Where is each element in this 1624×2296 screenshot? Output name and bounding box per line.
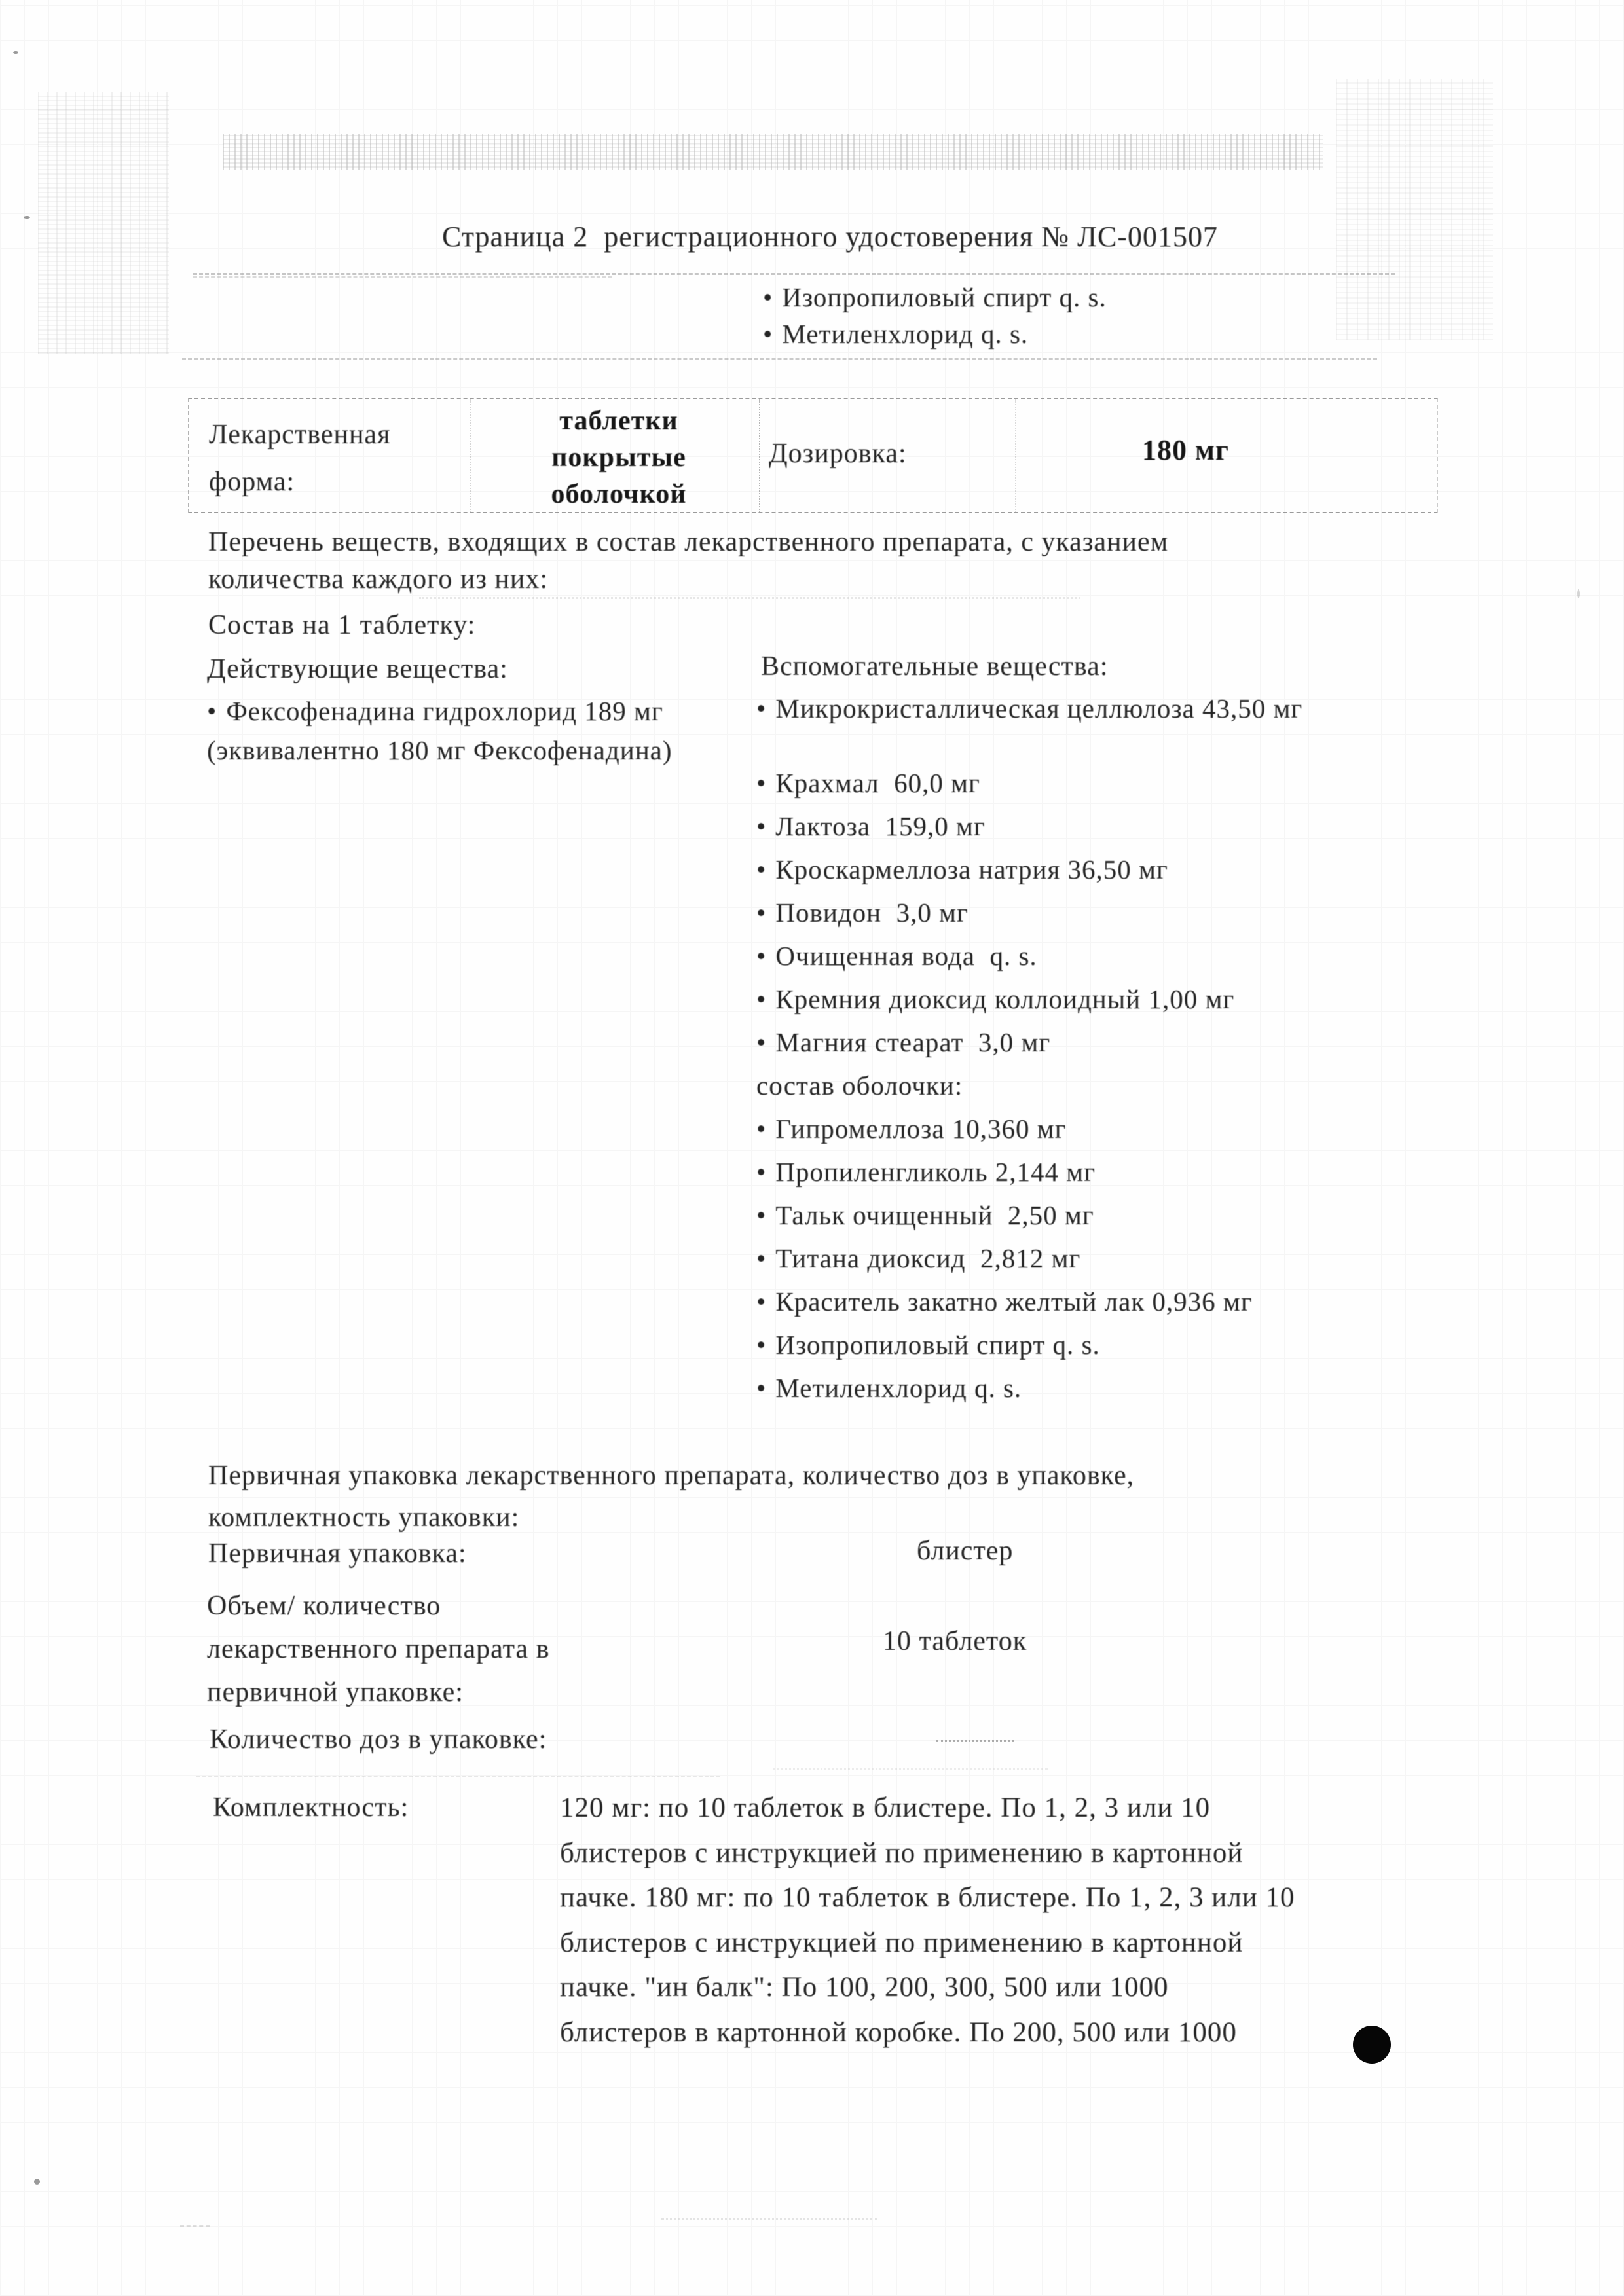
page-title: Страница 2 регистрационного удостоверени… <box>442 220 1218 255</box>
list-item-text: Метиленхлорид q. s. <box>782 319 1028 349</box>
text-line: лекарственного препарата в <box>207 1628 550 1671</box>
bullet-icon: • <box>756 811 766 843</box>
list-item-text: Лактоза 159,0 мг <box>775 811 985 841</box>
per-tablet-heading: Состав на 1 таблетку: <box>208 609 475 642</box>
table-column-divider <box>1015 399 1016 512</box>
scan-speck <box>24 216 30 219</box>
list-item-text: Повидон 3,0 мг <box>775 898 968 928</box>
table-column-divider <box>470 399 471 512</box>
dose-label: Дозировка: <box>769 437 907 470</box>
list-item: •Метиленхлорид q. s. <box>763 318 1107 355</box>
packaging-intro: Первичная упаковка лекарственного препар… <box>208 1455 1134 1539</box>
bullet-icon: • <box>756 1329 766 1361</box>
list-item: состав оболочки: <box>756 1070 1302 1113</box>
bullet-icon: • <box>756 1286 766 1318</box>
bullet-icon: • <box>756 1372 766 1404</box>
list-item-text: (эквивалентно 180 мг Фексофенадина) <box>207 735 673 765</box>
table-column-divider <box>759 399 760 512</box>
list-item-text: Крахмал 60,0 мг <box>775 768 980 798</box>
list-item: •Краситель закатно желтый лак 0,936 мг <box>756 1286 1302 1329</box>
list-item-text: Тальк очищенный 2,50 мг <box>775 1200 1094 1230</box>
text-line: Перечень веществ, входящих в состав лека… <box>208 524 1168 561</box>
text-line: Первичная упаковка лекарственного препар… <box>208 1455 1134 1497</box>
scan-smudge-band <box>223 134 1323 170</box>
doses-per-pack-label: Количество доз в упаковке: <box>210 1723 547 1756</box>
list-item: •Фексофенадина гидрохлорид 189 мг <box>207 695 673 735</box>
list-item-text: Краситель закатно желтый лак 0,936 мг <box>775 1286 1252 1317</box>
list-item-text: Гипромеллоза 10,360 мг <box>775 1114 1066 1144</box>
list-item: •Титана диоксид 2,812 мг <box>756 1243 1302 1286</box>
list-item-text: Титана диоксид 2,812 мг <box>775 1243 1080 1273</box>
bullet-icon: • <box>756 1113 766 1145</box>
faint-rule <box>773 1768 1048 1770</box>
scan-speck <box>1577 589 1580 598</box>
list-item: •Изопропиловый спирт q. s. <box>763 282 1107 318</box>
dose-value: 180 мг <box>1142 433 1229 468</box>
kit-description: 120 мг: по 10 таблеток в блистере. По 1,… <box>560 1786 1295 2055</box>
list-item: •Лактоза 159,0 мг <box>756 811 1302 854</box>
faint-rule <box>419 597 1080 599</box>
list-item: •Метиленхлорид q. s. <box>756 1372 1302 1415</box>
list-item-text: Изопропиловый спирт q. s. <box>775 1330 1099 1360</box>
list-item-text: Метиленхлорид q. s. <box>775 1373 1022 1403</box>
list-item: •Магния стеарат 3,0 мг <box>756 1027 1302 1070</box>
list-item-text: Микрокристаллическая целлюлоза 43,50 мг <box>775 693 1302 723</box>
bullet-icon: • <box>207 695 217 727</box>
blank-value-dash <box>936 1740 1014 1742</box>
text-line: первичной упаковке: <box>207 1671 550 1714</box>
list-item-text: Кремния диоксид коллоидный 1,00 мг <box>775 984 1234 1014</box>
list-item: •Очищенная вода q. s. <box>756 940 1302 983</box>
horizontal-rule <box>193 276 612 278</box>
text-line: 120 мг: по 10 таблеток в блистере. По 1,… <box>560 1786 1295 1831</box>
text-line: Объем/ количество <box>207 1584 550 1628</box>
text-line: пачке. "ин балк": По 100, 200, 300, 500 … <box>560 1965 1295 2011</box>
primary-packaging-value: блистер <box>917 1535 1013 1567</box>
bullet-icon: • <box>756 1199 766 1231</box>
text-line: пачке. 180 мг: по 10 таблеток в блистере… <box>560 1876 1295 1921</box>
horizontal-rule <box>193 273 1395 275</box>
list-item: •Микрокристаллическая целлюлоза 43,50 мг <box>756 693 1302 736</box>
text-line: блистеров в картонной коробке. По 200, 5… <box>560 2011 1295 2056</box>
horizontal-rule <box>182 358 1377 360</box>
faint-rule <box>196 1776 720 1777</box>
scan-speck-row <box>180 2225 210 2227</box>
list-item: •Тальк очищенный 2,50 мг <box>756 1199 1302 1243</box>
excipients-heading: Вспомогательные вещества: <box>761 650 1108 683</box>
list-item: •Изопропиловый спирт q. s. <box>756 1329 1302 1372</box>
list-item-text: Магния стеарат 3,0 мг <box>775 1027 1050 1057</box>
active-substance-list: •Фексофенадина гидрохлорид 189 мг(эквива… <box>207 695 673 774</box>
bullet-icon: • <box>763 318 773 350</box>
volume-label: Объем/ количестволекарственного препарат… <box>207 1584 550 1714</box>
bullet-icon: • <box>756 1243 766 1275</box>
scanned-document-page: Страница 2 регистрационного удостоверени… <box>0 0 1624 2296</box>
list-item-text: Пропиленгликоль 2,144 мг <box>775 1157 1096 1187</box>
bullet-icon: • <box>756 854 766 886</box>
bullet-icon: • <box>756 940 766 972</box>
bullet-icon: • <box>756 1027 766 1059</box>
list-item-text: Изопропиловый спирт q. s. <box>782 282 1106 312</box>
bullet-icon: • <box>756 693 766 725</box>
scan-speck <box>34 2179 40 2185</box>
bullet-icon: • <box>756 897 766 929</box>
dosage-form-table: Лекарственная форма: таблетки покрытые о… <box>188 398 1438 513</box>
list-item: •Пропиленгликоль 2,144 мг <box>756 1156 1302 1199</box>
list-item: •Гипромеллоза 10,360 мг <box>756 1113 1302 1156</box>
primary-packaging-label: Первичная упаковка: <box>208 1537 467 1570</box>
list-item-text: Очищенная вода q. s. <box>775 941 1037 971</box>
composition-intro: Перечень веществ, входящих в состав лека… <box>208 524 1168 598</box>
black-dot-mark <box>1353 2026 1391 2064</box>
list-item: (эквивалентно 180 мг Фексофенадина) <box>207 735 673 774</box>
bullet-icon: • <box>763 282 773 314</box>
form-label: Лекарственная форма: <box>209 411 432 505</box>
list-item-text: Фексофенадина гидрохлорид 189 мг <box>226 696 663 726</box>
scan-noise-left-margin <box>38 92 169 354</box>
list-item-text: Кроскармеллоза натрия 36,50 мг <box>775 854 1168 884</box>
volume-value: 10 таблеток <box>883 1625 1027 1658</box>
list-item: •Кремния диоксид коллоидный 1,00 мг <box>756 983 1302 1027</box>
list-item: •Крахмал 60,0 мг <box>756 767 1302 811</box>
scan-noise-right-margin <box>1336 79 1493 340</box>
list-item-text: состав оболочки: <box>756 1070 963 1101</box>
text-line: комплектность упаковки: <box>208 1497 1134 1539</box>
text-line: блистеров с инструкцией по применению в … <box>560 1831 1295 1876</box>
bullet-icon: • <box>756 983 766 1015</box>
text-line: блистеров с инструкцией по применению в … <box>560 1921 1295 1966</box>
scan-speck <box>13 51 18 54</box>
list-item: •Повидон 3,0 мг <box>756 897 1302 940</box>
kit-label: Комплектность: <box>213 1791 409 1824</box>
text-line: количества каждого из них: <box>208 561 1168 598</box>
bullet-icon: • <box>756 1156 766 1188</box>
top-bullet-list: •Изопропиловый спирт q. s.•Метиленхлорид… <box>763 282 1107 355</box>
scan-speck-row <box>661 2218 877 2220</box>
list-item: •Кроскармеллоза натрия 36,50 мг <box>756 854 1302 897</box>
form-value: таблетки покрытые оболочкой <box>543 403 695 513</box>
active-substances-heading: Действующие вещества: <box>207 653 508 685</box>
excipients-list: •Микрокристаллическая целлюлоза 43,50 мг… <box>756 693 1302 1415</box>
bullet-icon: • <box>756 767 766 799</box>
